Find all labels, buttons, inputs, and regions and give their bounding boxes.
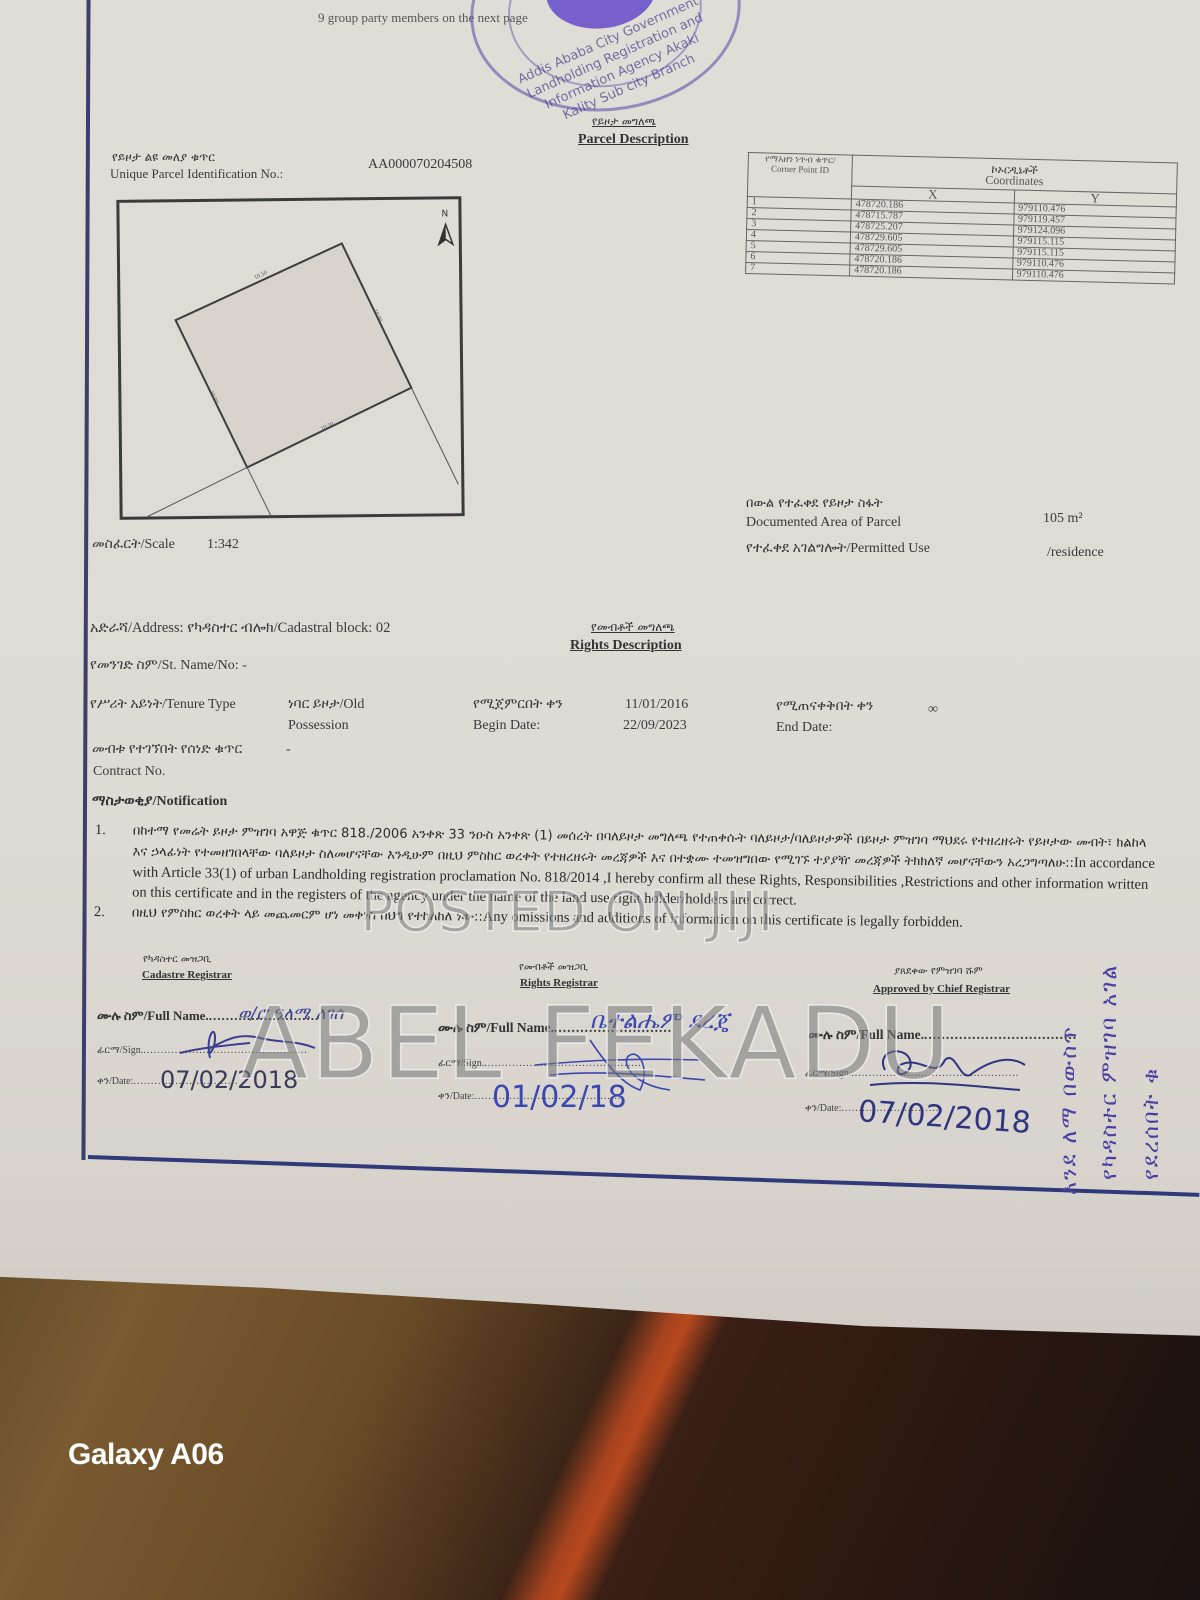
contract-value: -: [286, 742, 291, 758]
begin-date-label-am: የሚጀምርበት ቀን: [473, 697, 563, 713]
cadastre-registrar-title-am: የካዳስተር መዝጋቢ: [143, 954, 211, 965]
coordinate-id: 7: [746, 262, 850, 276]
area-value: 105 m²: [1043, 511, 1083, 527]
chief-signature: [860, 1040, 1040, 1100]
cadastre-signature: [170, 1018, 320, 1068]
address: አድራሻ/Address: የካዳስተር ብሎክ/Cadastral block…: [90, 620, 390, 637]
notification-list: 1. በከተማ የመሬት ይዞታ ምዝገባ አዋጅ ቁጥር 818./2006 …: [94, 820, 1165, 936]
scale-value: 1:342: [207, 537, 239, 553]
street-name: የመንገድ ስም/St. Name/No: -: [90, 658, 247, 674]
margin-note-line-2: የካዳስተር ምዝገባ አገል: [1098, 880, 1122, 1180]
parcel-description-title: Parcel Description: [578, 132, 689, 148]
frame-border-bottom: [88, 1155, 1199, 1197]
notification-item: 1. በከተማ የመሬት ይዞታ ምዝገባ አዋጅ ቁጥር 818./2006 …: [94, 820, 1165, 915]
chief-registrar-title: Approved by Chief Registrar: [873, 983, 1010, 995]
upin-label: Unique Parcel Identification No.:: [110, 166, 283, 182]
area-label: Documented Area of Parcel: [746, 515, 901, 531]
certificate-page: 9 group party members on the next page A…: [0, 0, 1200, 1370]
north-arrow-icon: [439, 224, 453, 244]
rights-title: Rights Description: [570, 638, 682, 654]
chief-registrar-title-am: ያጸደቀው የምዝገባ ሹም: [894, 966, 983, 977]
parcel-description-title-am: የይዞታ መግለጫ: [592, 115, 656, 129]
cadastre-registrar-title: Cadastre Registrar: [142, 969, 232, 981]
frame-border-left: [81, 0, 90, 1160]
svg-text:N: N: [441, 209, 448, 219]
margin-note-line-1: እንደ ለማ በውስጥ: [1058, 905, 1082, 1195]
area-label-am: በውል የተፈቀደ የይዞታ ስፋት: [746, 496, 882, 511]
begin-date-ec: 11/01/2016: [625, 697, 688, 713]
end-date-label: End Date:: [776, 720, 832, 736]
chief-date-handwriting: 07/02/2018: [857, 1094, 1032, 1141]
tenure-type-label: የሥሪት አይነት/Tenure Type: [90, 697, 236, 713]
end-date-label-am: የሚጠናቀቅበት ቀን: [776, 699, 873, 715]
begin-date-label: Begin Date:: [473, 718, 540, 734]
margin-note-line-3: የደረሰበት ቁ: [1140, 890, 1164, 1180]
rights-title-am: የመብቶች መግለጫ: [591, 620, 675, 635]
cadastre-date-handwriting: 07/02/2018: [160, 1066, 298, 1094]
corner-point-header: የማእዘን ነጥብ ቁጥር/Corner Point ID: [747, 153, 852, 200]
rights-registrar-title: Rights Registrar: [520, 977, 598, 989]
upin-label-am: የይዞታ ልዩ መለያ ቁጥር: [112, 150, 215, 165]
tenure-type-value: ነባር ይዞታ/Old: [288, 697, 364, 713]
rights-date-handwriting: 01/02/18: [492, 1080, 627, 1115]
rights-registrar-title-am: የመብቶች መዝጋቢ: [519, 962, 588, 973]
permitted-use-label: የተፈቀደ አገልግሎት/Permitted Use: [746, 541, 930, 557]
device-watermark: Galaxy A06: [68, 1438, 224, 1472]
contract-label-am: መብቱ የተገኘበት የሰነድ ቁጥር: [92, 742, 242, 758]
scale-label: መስፈርት/Scale: [92, 537, 175, 553]
contract-label: Contract No.: [93, 764, 165, 780]
permitted-use-value: /residence: [1047, 545, 1104, 561]
upin-value: AA000070204508: [368, 157, 472, 173]
coordinates-table: የማእዘን ነጥብ ቁጥር/Corner Point ID ኮኦርዲኔቶችCoo…: [745, 152, 1178, 284]
parcel-map: N 10.50 10.00 10.00 10.50: [116, 196, 464, 520]
begin-date-gc: 22/09/2023: [623, 718, 687, 734]
notification-title: ማስታወቂያ/Notification: [92, 794, 227, 810]
end-date-value: ∞: [928, 702, 938, 718]
tenure-type-value-2: Possession: [288, 718, 349, 734]
official-stamp: Addis Ababa City Government Landholding …: [460, 0, 751, 125]
